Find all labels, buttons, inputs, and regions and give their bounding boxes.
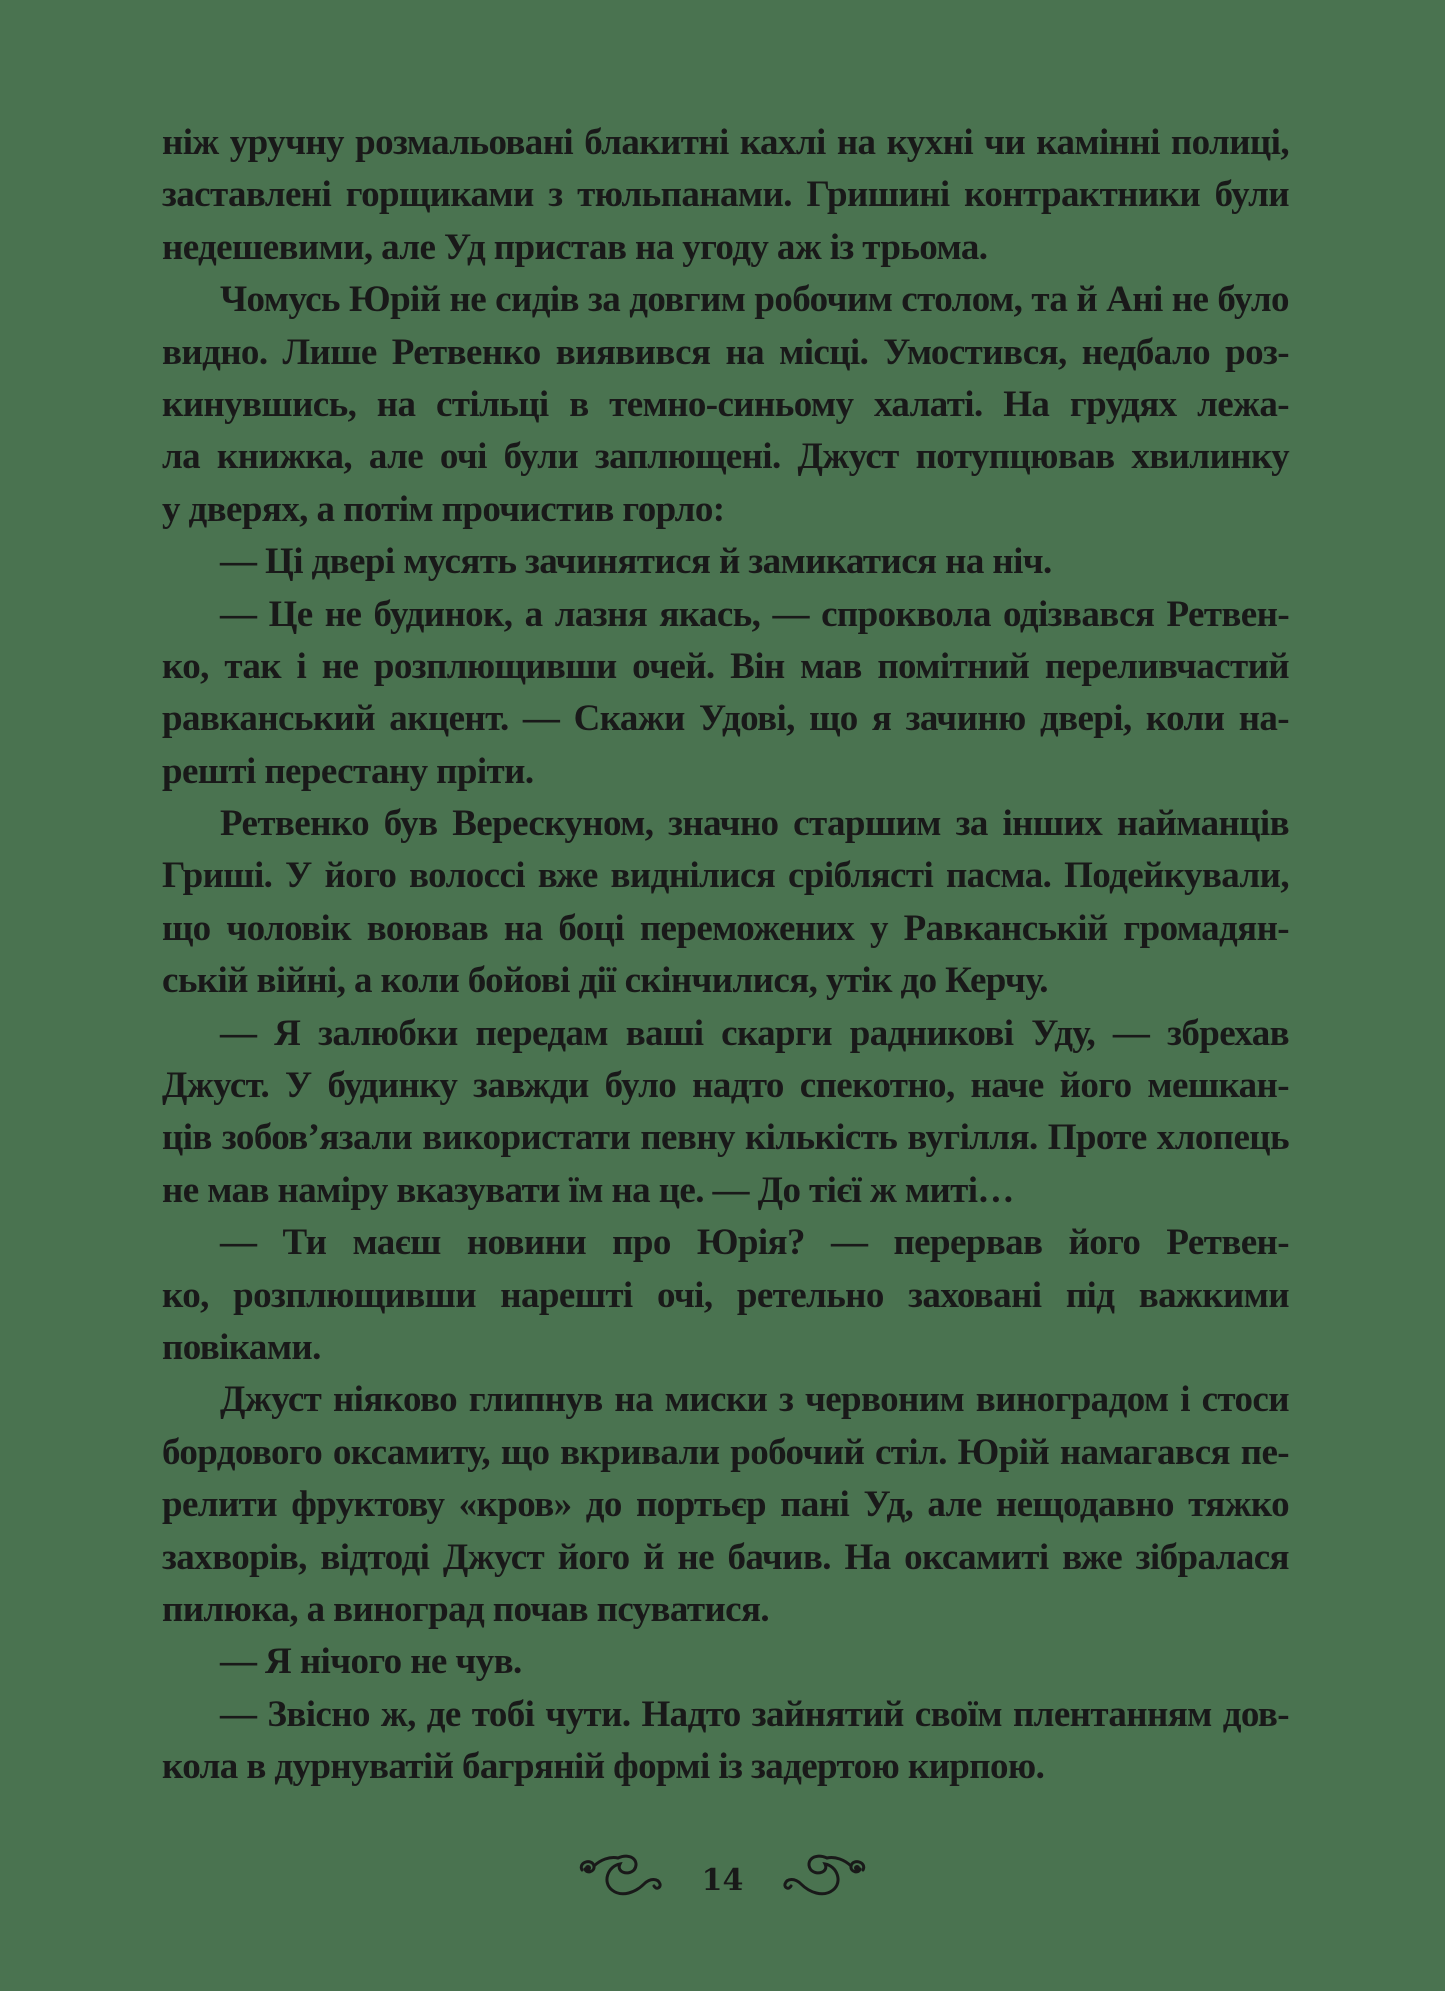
text-line-content: захворів, відтоді Джуст його й не бачив.…	[162, 1532, 1289, 1584]
text-line-content: ко, так і не розплющивши очей. Він мав п…	[162, 641, 1289, 693]
book-page: ніж уручну розмальовані блакитні кахлі н…	[0, 0, 1445, 1991]
text-line-content: кинувшись, на стільці в темно-синьому ха…	[162, 379, 1289, 431]
text-line-content: — Я нічого не чув.	[162, 1636, 522, 1688]
text-line-content: Гриші. У його волоссі вже виднілися сріб…	[162, 850, 1289, 902]
text-line-content: — Ти маєш новини про Юрія? — перервав йо…	[162, 1217, 1289, 1269]
text-line-content: ській війні, а коли бойові дії скінчилис…	[162, 955, 1048, 1007]
text-line: ніж уручну розмальовані блакитні кахлі н…	[162, 117, 1289, 169]
text-line-content: Ретвенко був Верескуном, значно старшим …	[162, 798, 1289, 850]
text-line: ла книжка, але очі були заплющені. Джуст…	[162, 431, 1289, 483]
text-line-content: Чомусь Юрій не сидів за довгим робочим с…	[162, 274, 1289, 326]
text-line: Джуст. У будинку завжди було надто спеко…	[162, 1060, 1289, 1112]
text-line: решті перестану пріти.	[162, 746, 1289, 798]
text-line: що чоловік воював на боці переможених у …	[162, 903, 1289, 955]
text-line-content: — Звісно ж, де тобі чути. Надто зайнятий…	[162, 1689, 1289, 1741]
text-line: ко, так і не розплющивши очей. Він мав п…	[162, 641, 1289, 693]
text-line: Джуст ніяково глипнув на миски з червони…	[162, 1374, 1289, 1426]
text-line-content: ців зобов’язали використати певну кількі…	[162, 1112, 1289, 1164]
text-line: захворів, відтоді Джуст його й не бачив.…	[162, 1532, 1289, 1584]
text-line: видно. Лише Ретвенко виявився на місці. …	[162, 327, 1289, 379]
text-line: — Це не будинок, а лазня якась, — спрокв…	[162, 589, 1289, 641]
text-line-content: повіками.	[162, 1322, 321, 1374]
text-line: ців зобов’язали використати певну кількі…	[162, 1112, 1289, 1164]
text-line-content: — Ці двері мусять зачинятися й замикатис…	[162, 536, 1052, 588]
text-line-content: заставлені горщиками з тюльпанами. Гриши…	[162, 169, 1289, 221]
text-line: повіками.	[162, 1322, 1289, 1374]
text-line: релити фруктову «кров» до портьєр пані У…	[162, 1479, 1289, 1531]
text-line-content: ніж уручну розмальовані блакитні кахлі н…	[162, 117, 1289, 169]
text-line: равканський акцент. — Скажи Удові, що я …	[162, 693, 1289, 745]
text-line: Ретвенко був Верескуном, значно старшим …	[162, 798, 1289, 850]
page-footer: 14	[0, 1843, 1445, 1913]
body-text: ніж уручну розмальовані блакитні кахлі н…	[162, 117, 1289, 1794]
text-line-content: — Це не будинок, а лазня якась, — спрокв…	[162, 589, 1289, 641]
text-line: — Я нічого не чув.	[162, 1636, 1289, 1688]
text-line-content: ко, розплющивши нарешті очі, ретельно за…	[162, 1270, 1289, 1322]
text-line: недешевими, але Уд пристав на угоду аж і…	[162, 222, 1289, 274]
text-line-content: видно. Лише Ретвенко виявився на місці. …	[162, 327, 1289, 379]
text-line: кинувшись, на стільці в темно-синьому ха…	[162, 379, 1289, 431]
text-line: ській війні, а коли бойові дії скінчилис…	[162, 955, 1289, 1007]
text-line-content: що чоловік воював на боці переможених у …	[162, 903, 1289, 955]
text-line-content: релити фруктову «кров» до портьєр пані У…	[162, 1479, 1289, 1531]
text-line: кола в дурнуватій багряній формі із заде…	[162, 1741, 1289, 1793]
text-line-content: пилюка, а виноград почав псуватися.	[162, 1584, 769, 1636]
text-line: Чомусь Юрій не сидів за довгим робочим с…	[162, 274, 1289, 326]
text-line: Гриші. У його волоссі вже виднілися сріб…	[162, 850, 1289, 902]
text-line: пилюка, а виноград почав псуватися.	[162, 1584, 1289, 1636]
text-line-content: — Я залюбки передам ваші скарги радников…	[162, 1008, 1289, 1060]
text-line-content: кола в дурнуватій багряній формі із заде…	[162, 1741, 1044, 1793]
text-line-content: не мав наміру вказувати їм на це. — До т…	[162, 1165, 1014, 1217]
text-line-content: равканський акцент. — Скажи Удові, що я …	[162, 693, 1289, 745]
text-line: бордового оксамиту, що вкривали робочий …	[162, 1427, 1289, 1479]
text-line-content: бордового оксамиту, що вкривали робочий …	[162, 1427, 1289, 1479]
text-line-content: решті перестану пріти.	[162, 746, 533, 798]
text-line: у дверях, а потім прочистив горло:	[162, 484, 1289, 536]
text-line-content: Джуст. У будинку завжди було надто спеко…	[162, 1060, 1289, 1112]
text-line: — Звісно ж, де тобі чути. Надто зайнятий…	[162, 1689, 1289, 1741]
text-line-content: недешевими, але Уд пристав на угоду аж і…	[162, 222, 987, 274]
text-line-content: Джуст ніяково глипнув на миски з червони…	[162, 1374, 1289, 1426]
text-line: ко, розплющивши нарешті очі, ретельно за…	[162, 1270, 1289, 1322]
text-line: не мав наміру вказувати їм на це. — До т…	[162, 1165, 1289, 1217]
flourish-left-icon	[568, 1848, 668, 1908]
text-line: — Ці двері мусять зачинятися й замикатис…	[162, 536, 1289, 588]
text-line: — Я залюбки передам ваші скарги радников…	[162, 1008, 1289, 1060]
text-line: заставлені горщиками з тюльпанами. Гриши…	[162, 169, 1289, 221]
text-line-content: у дверях, а потім прочистив горло:	[162, 484, 724, 536]
page-number: 14	[702, 1859, 744, 1898]
text-line-content: ла книжка, але очі були заплющені. Джуст…	[162, 431, 1289, 483]
text-line: — Ти маєш новини про Юрія? — перервав йо…	[162, 1217, 1289, 1269]
flourish-right-icon	[777, 1848, 877, 1908]
